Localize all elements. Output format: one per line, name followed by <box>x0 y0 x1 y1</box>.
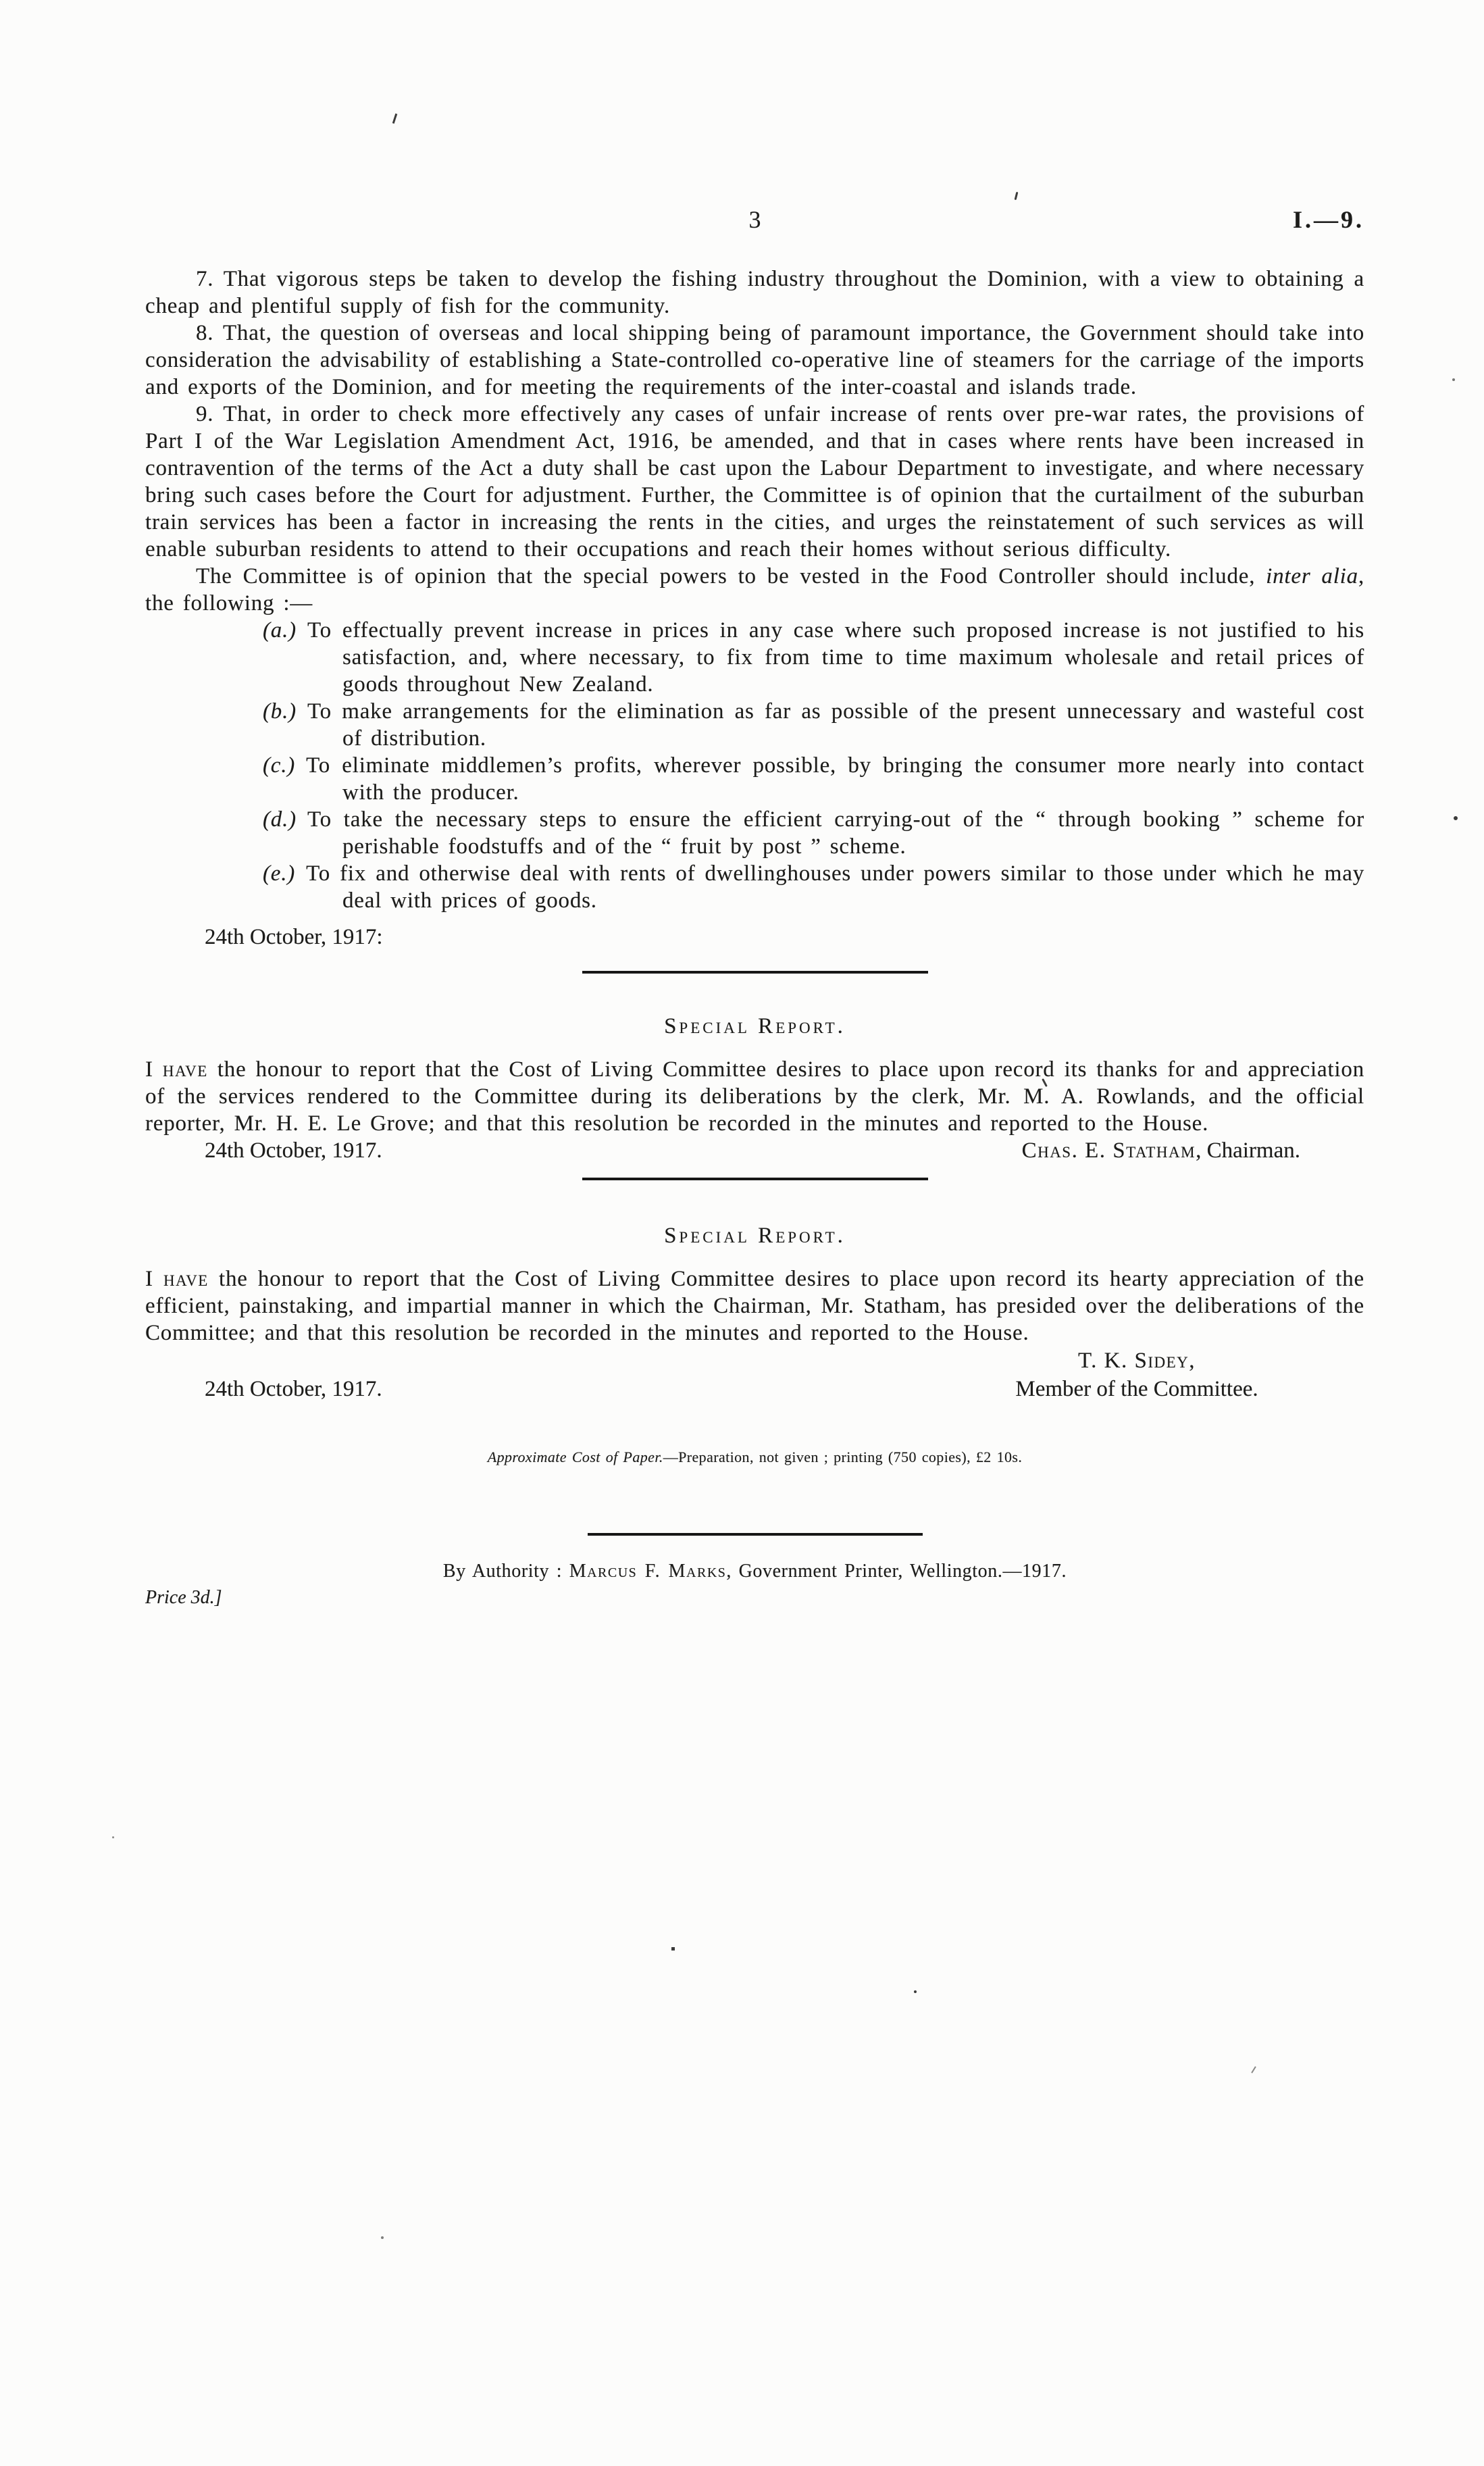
resolution-7: 7. That vigorous steps be taken to devel… <box>145 266 1364 320</box>
resolution-8: 8. That, the question of overseas and lo… <box>145 320 1364 401</box>
scan-speck <box>381 2236 384 2239</box>
report1-signature: Chas. E. Statham, Chairman. <box>1022 1137 1300 1164</box>
report1-rest: the honour to report that the Cost of Li… <box>145 1057 1364 1136</box>
page-header: 3 I.—9. <box>145 203 1364 236</box>
report2-signature: T. K. Sidey, Member of the Committee. <box>971 1347 1302 1403</box>
report1-date: 24th October, 1917. <box>205 1137 382 1164</box>
power-marker-b: (b.) <box>263 699 297 724</box>
special-report-2-heading: Special Report. <box>145 1222 1364 1249</box>
scan-speck <box>1454 816 1458 820</box>
power-item-c: (c.)To eliminate middlemen’s profits, wh… <box>145 752 1364 806</box>
special-report-1-heading: Special Report. <box>145 1013 1364 1040</box>
power-marker-a: (a.) <box>263 618 297 643</box>
text-column: 3 I.—9. 7. That vigorous steps be taken … <box>145 203 1364 1610</box>
authority-suffix: , Government Printer, Wellington.—1917. <box>726 1561 1067 1582</box>
power-text-c: To eliminate middlemen’s profits, wherev… <box>306 753 1364 805</box>
power-item-b: (b.)To make arrangements for the elimina… <box>145 698 1364 752</box>
scan-speck <box>1251 2066 1256 2073</box>
resolution-9: 9. That, in order to check more effectiv… <box>145 401 1364 563</box>
power-text-b: To make arrangements for the elimination… <box>307 699 1364 751</box>
report1-signature-row: 24th October, 1917. Chas. E. Statham, Ch… <box>145 1137 1364 1164</box>
powers-list: (a.)To effectually prevent increase in p… <box>145 617 1364 914</box>
report1-lead: I <box>145 1057 163 1082</box>
scan-speck <box>671 1947 675 1951</box>
report2-signatory-role: Member of the Committee. <box>971 1375 1302 1403</box>
opinion-intro-text: The Committee is of opinion that the spe… <box>196 564 1266 588</box>
section-divider <box>582 1178 928 1180</box>
report2-signatory-name: T. K. Sidey, <box>971 1347 1302 1375</box>
inter-alia-italic: inter alia <box>1266 564 1358 588</box>
scan-speck <box>914 1990 917 1993</box>
report2-lead: I <box>145 1267 163 1291</box>
cost-of-paper-line: Approximate Cost of Paper.—Preparation, … <box>145 1448 1364 1467</box>
cost-of-paper-detail: —Preparation, not given ; printing (750 … <box>663 1449 1023 1465</box>
report2-rest: the honour to report that the Cost of Li… <box>145 1267 1364 1345</box>
page-number: 3 <box>749 203 761 236</box>
printer-name: Marcus F. Marks <box>569 1561 727 1582</box>
power-item-e: (e.)To fix and otherwise deal with rents… <box>145 860 1364 914</box>
authority-prefix: By Authority : <box>443 1561 569 1582</box>
special-report-1-body: I have the honour to report that the Cos… <box>145 1056 1364 1137</box>
power-marker-c: (c.) <box>263 753 295 778</box>
scan-speck <box>392 114 397 124</box>
report2-have-smallcaps: have <box>163 1267 209 1291</box>
doc-reference: I.—9. <box>1293 203 1364 236</box>
cost-of-paper-italic: Approximate Cost of Paper. <box>488 1449 663 1465</box>
report1-have-smallcaps: have <box>163 1057 208 1082</box>
power-marker-e: (e.) <box>263 861 295 886</box>
report1-signatory-name: Chas. E. Statham <box>1022 1138 1196 1163</box>
scan-speck <box>1015 192 1019 200</box>
price-line: Price 3d.] <box>145 1586 1364 1610</box>
scan-speck <box>1452 378 1455 381</box>
power-text-a: To effectually prevent increase in price… <box>307 618 1364 697</box>
resolutions-date-line: 24th October, 1917: <box>205 924 1364 951</box>
special-report-2-body: I have the honour to report that the Cos… <box>145 1265 1364 1347</box>
imprint-divider <box>588 1533 923 1536</box>
power-text-d: To take the necessary steps to ensure th… <box>307 807 1364 859</box>
report1-signatory-title: , Chairman. <box>1196 1138 1300 1163</box>
power-item-a: (a.)To effectually prevent increase in p… <box>145 617 1364 698</box>
report2-date: 24th October, 1917. <box>205 1375 382 1403</box>
scan-speck <box>112 1836 114 1838</box>
power-item-d: (d.)To take the necessary steps to ensur… <box>145 806 1364 860</box>
power-text-e: To fix and otherwise deal with rents of … <box>306 861 1364 913</box>
opinion-intro: The Committee is of opinion that the spe… <box>145 563 1364 617</box>
authority-line: By Authority : Marcus F. Marks, Governme… <box>145 1559 1364 1584</box>
section-divider <box>582 971 928 974</box>
document-page: 3 I.—9. 7. That vigorous steps be taken … <box>0 0 1484 2466</box>
report2-signature-block: T. K. Sidey, Member of the Committee. 24… <box>145 1347 1364 1405</box>
power-marker-d: (d.) <box>263 807 297 832</box>
